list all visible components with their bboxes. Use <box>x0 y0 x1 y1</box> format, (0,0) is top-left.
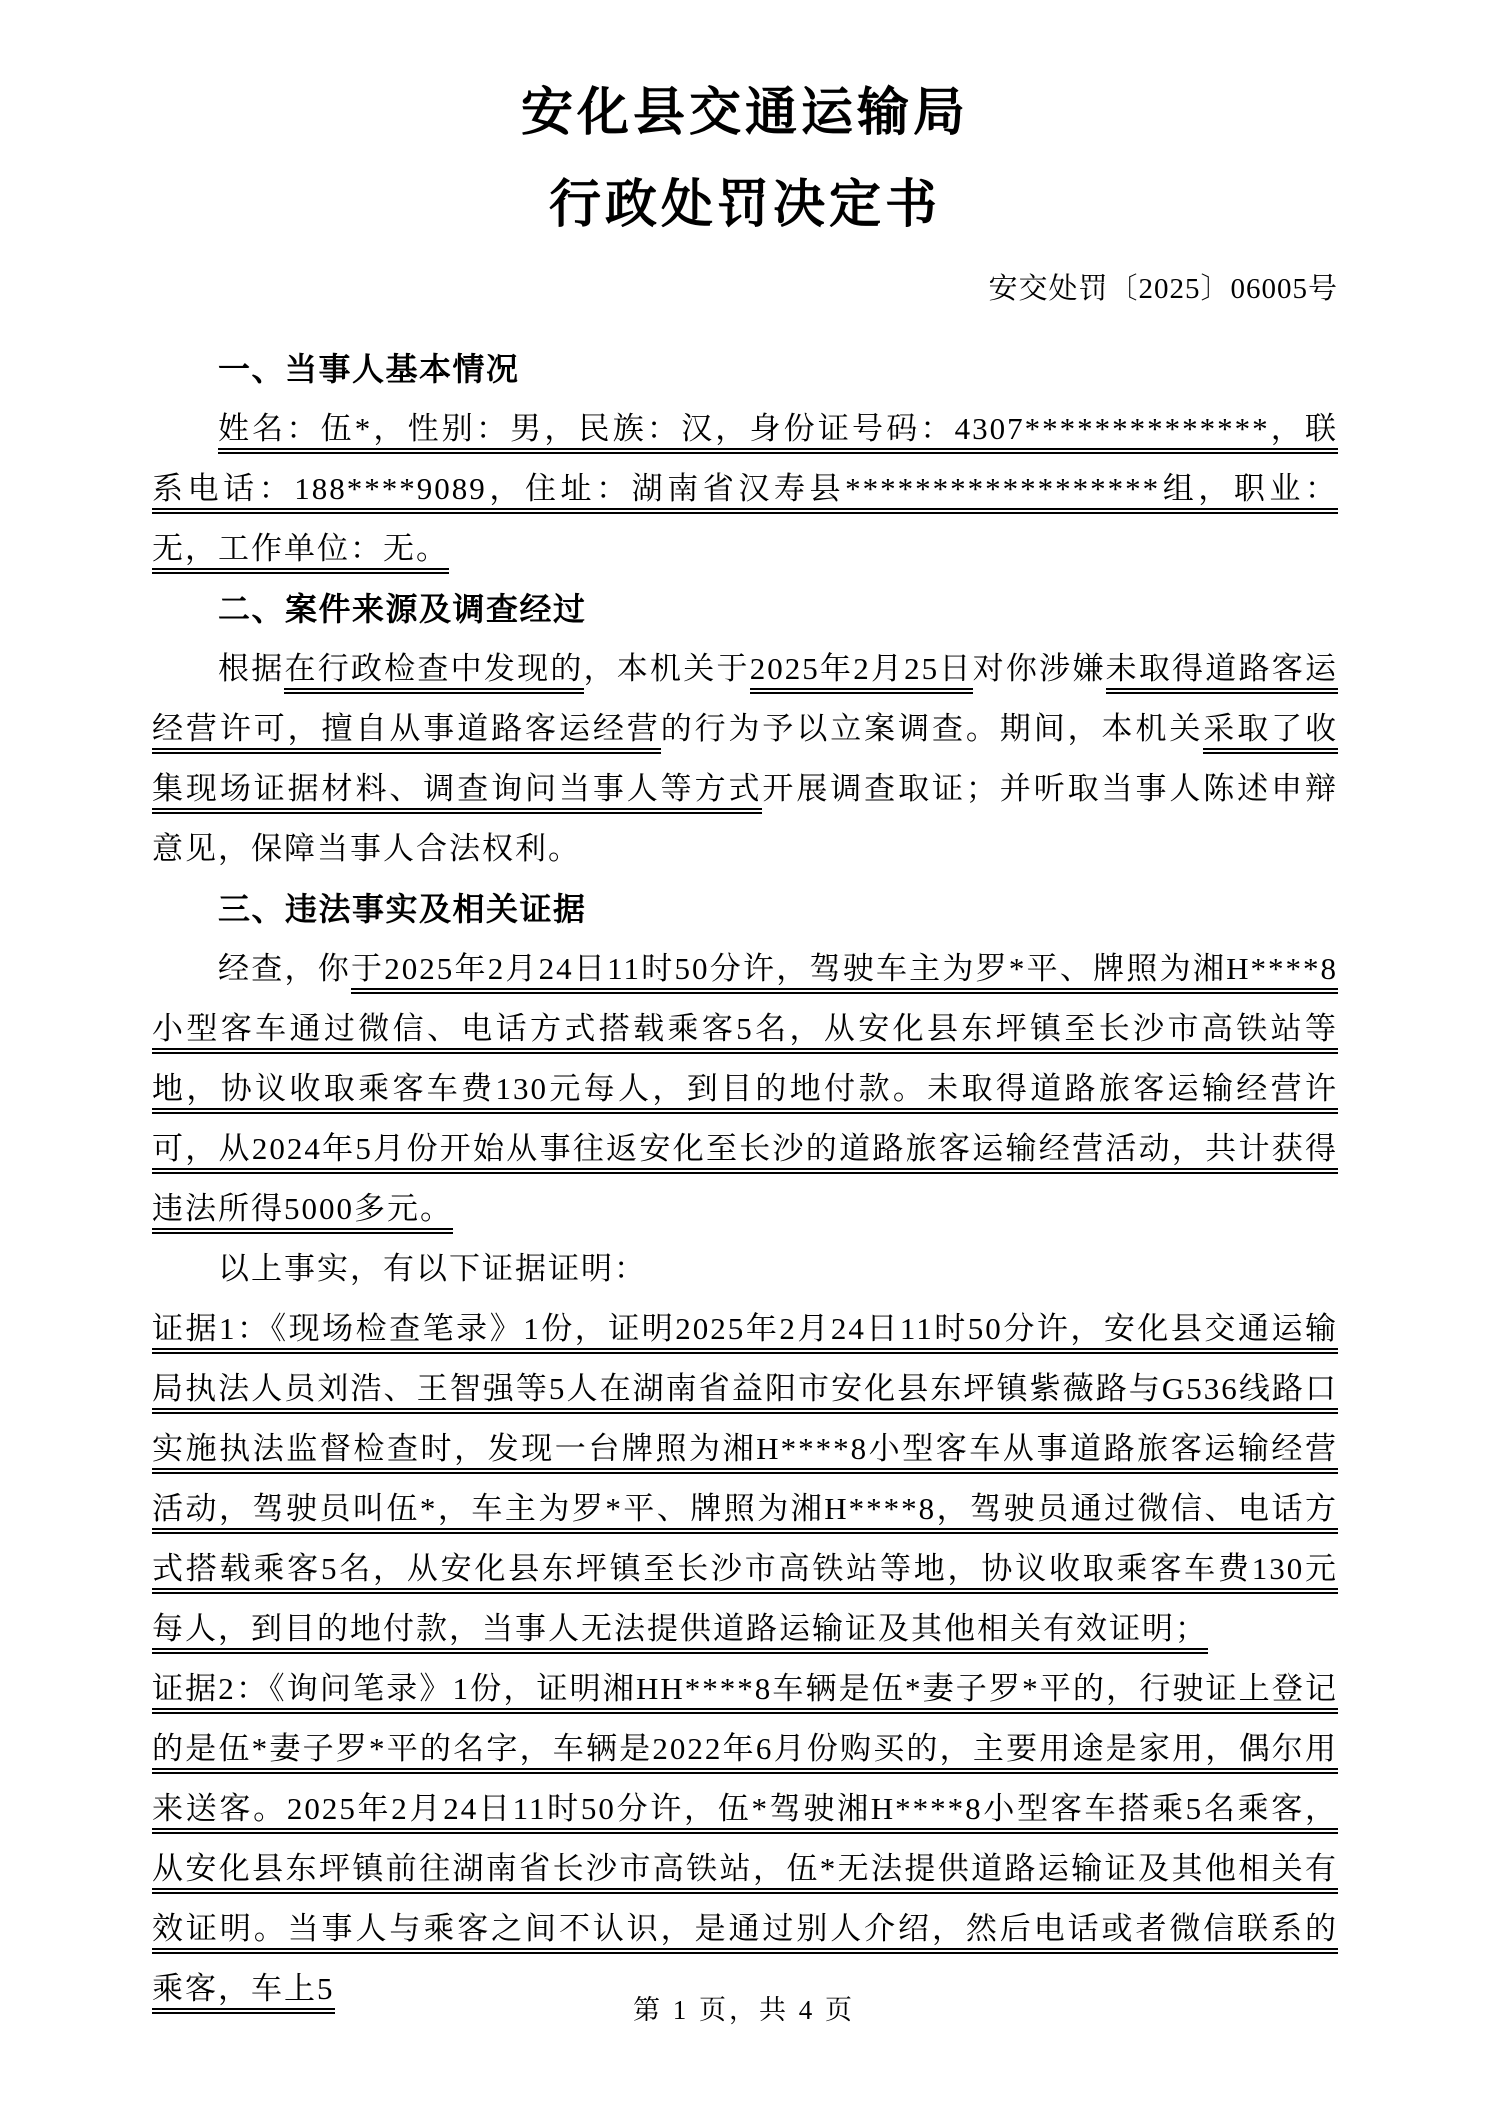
underlined-text: 姓名：伍*，性别：男，民族：汉，身份证号码：4307**************… <box>152 411 1338 574</box>
page-footer: 第 1 页，共 4 页 <box>0 1988 1488 2027</box>
evidence-1-paragraph: 证据1：《现场检查笔录》1份，证明2025年2月24日11时50分许，安化县交通… <box>152 1299 1338 1659</box>
underlined-text: 在行政检查中发现的 <box>284 651 583 694</box>
doc-number: 安交处罚〔2025〕06005号 <box>152 266 1338 307</box>
plain-text: 经查，你 <box>218 951 351 986</box>
underlined-text: 2025年2月25日 <box>750 651 973 694</box>
underlined-text: 证据2：《询问笔录》1份，证明湘HH****8车辆是伍*妻子罗*平的，行驶证上登… <box>152 1671 1338 2014</box>
underlined-text: 证据1：《现场检查笔录》1份，证明2025年2月24日11时50分许，安化县交通… <box>152 1311 1338 1654</box>
document-body: 一、当事人基本情况 姓名：伍*，性别：男，民族：汉，身份证号码：4307****… <box>152 339 1338 2019</box>
document-title-line1: 安化县交通运输局 <box>152 86 1338 142</box>
section-1-heading: 一、当事人基本情况 <box>152 339 1338 399</box>
party-info-paragraph: 姓名：伍*，性别：男，民族：汉，身份证号码：4307**************… <box>152 399 1338 579</box>
section-2-heading: 二、案件来源及调查经过 <box>152 579 1338 639</box>
plain-text: 对你涉嫌 <box>973 651 1106 686</box>
case-source-paragraph: 根据在行政检查中发现的，本机关于2025年2月25日对你涉嫌未取得道路客运经营许… <box>152 639 1338 879</box>
plain-text: 以上事实，有以下证据证明： <box>218 1251 647 1286</box>
document-title-line2: 行政处罚决定书 <box>152 178 1338 234</box>
plain-text: ，本机关于 <box>584 651 750 686</box>
evidence-intro-paragraph: 以上事实，有以下证据证明： <box>152 1239 1338 1299</box>
section-3-heading: 三、违法事实及相关证据 <box>152 879 1338 939</box>
plain-text: 根据 <box>218 651 284 686</box>
violation-facts-paragraph: 经查，你于2025年2月24日11时50分许，驾驶车主为罗*平、牌照为湘H***… <box>152 939 1338 1239</box>
evidence-2-paragraph: 证据2：《询问笔录》1份，证明湘HH****8车辆是伍*妻子罗*平的，行驶证上登… <box>152 1659 1338 2019</box>
document-page: 安化县交通运输局 行政处罚决定书 安交处罚〔2025〕06005号 一、当事人基… <box>0 0 1488 2104</box>
underlined-text: 于2025年2月24日11时50分许，驾驶车主为罗*平、牌照为湘H****8小型… <box>152 951 1338 1234</box>
plain-text: 的行为予以立案调查。期间，本机关 <box>661 711 1204 746</box>
